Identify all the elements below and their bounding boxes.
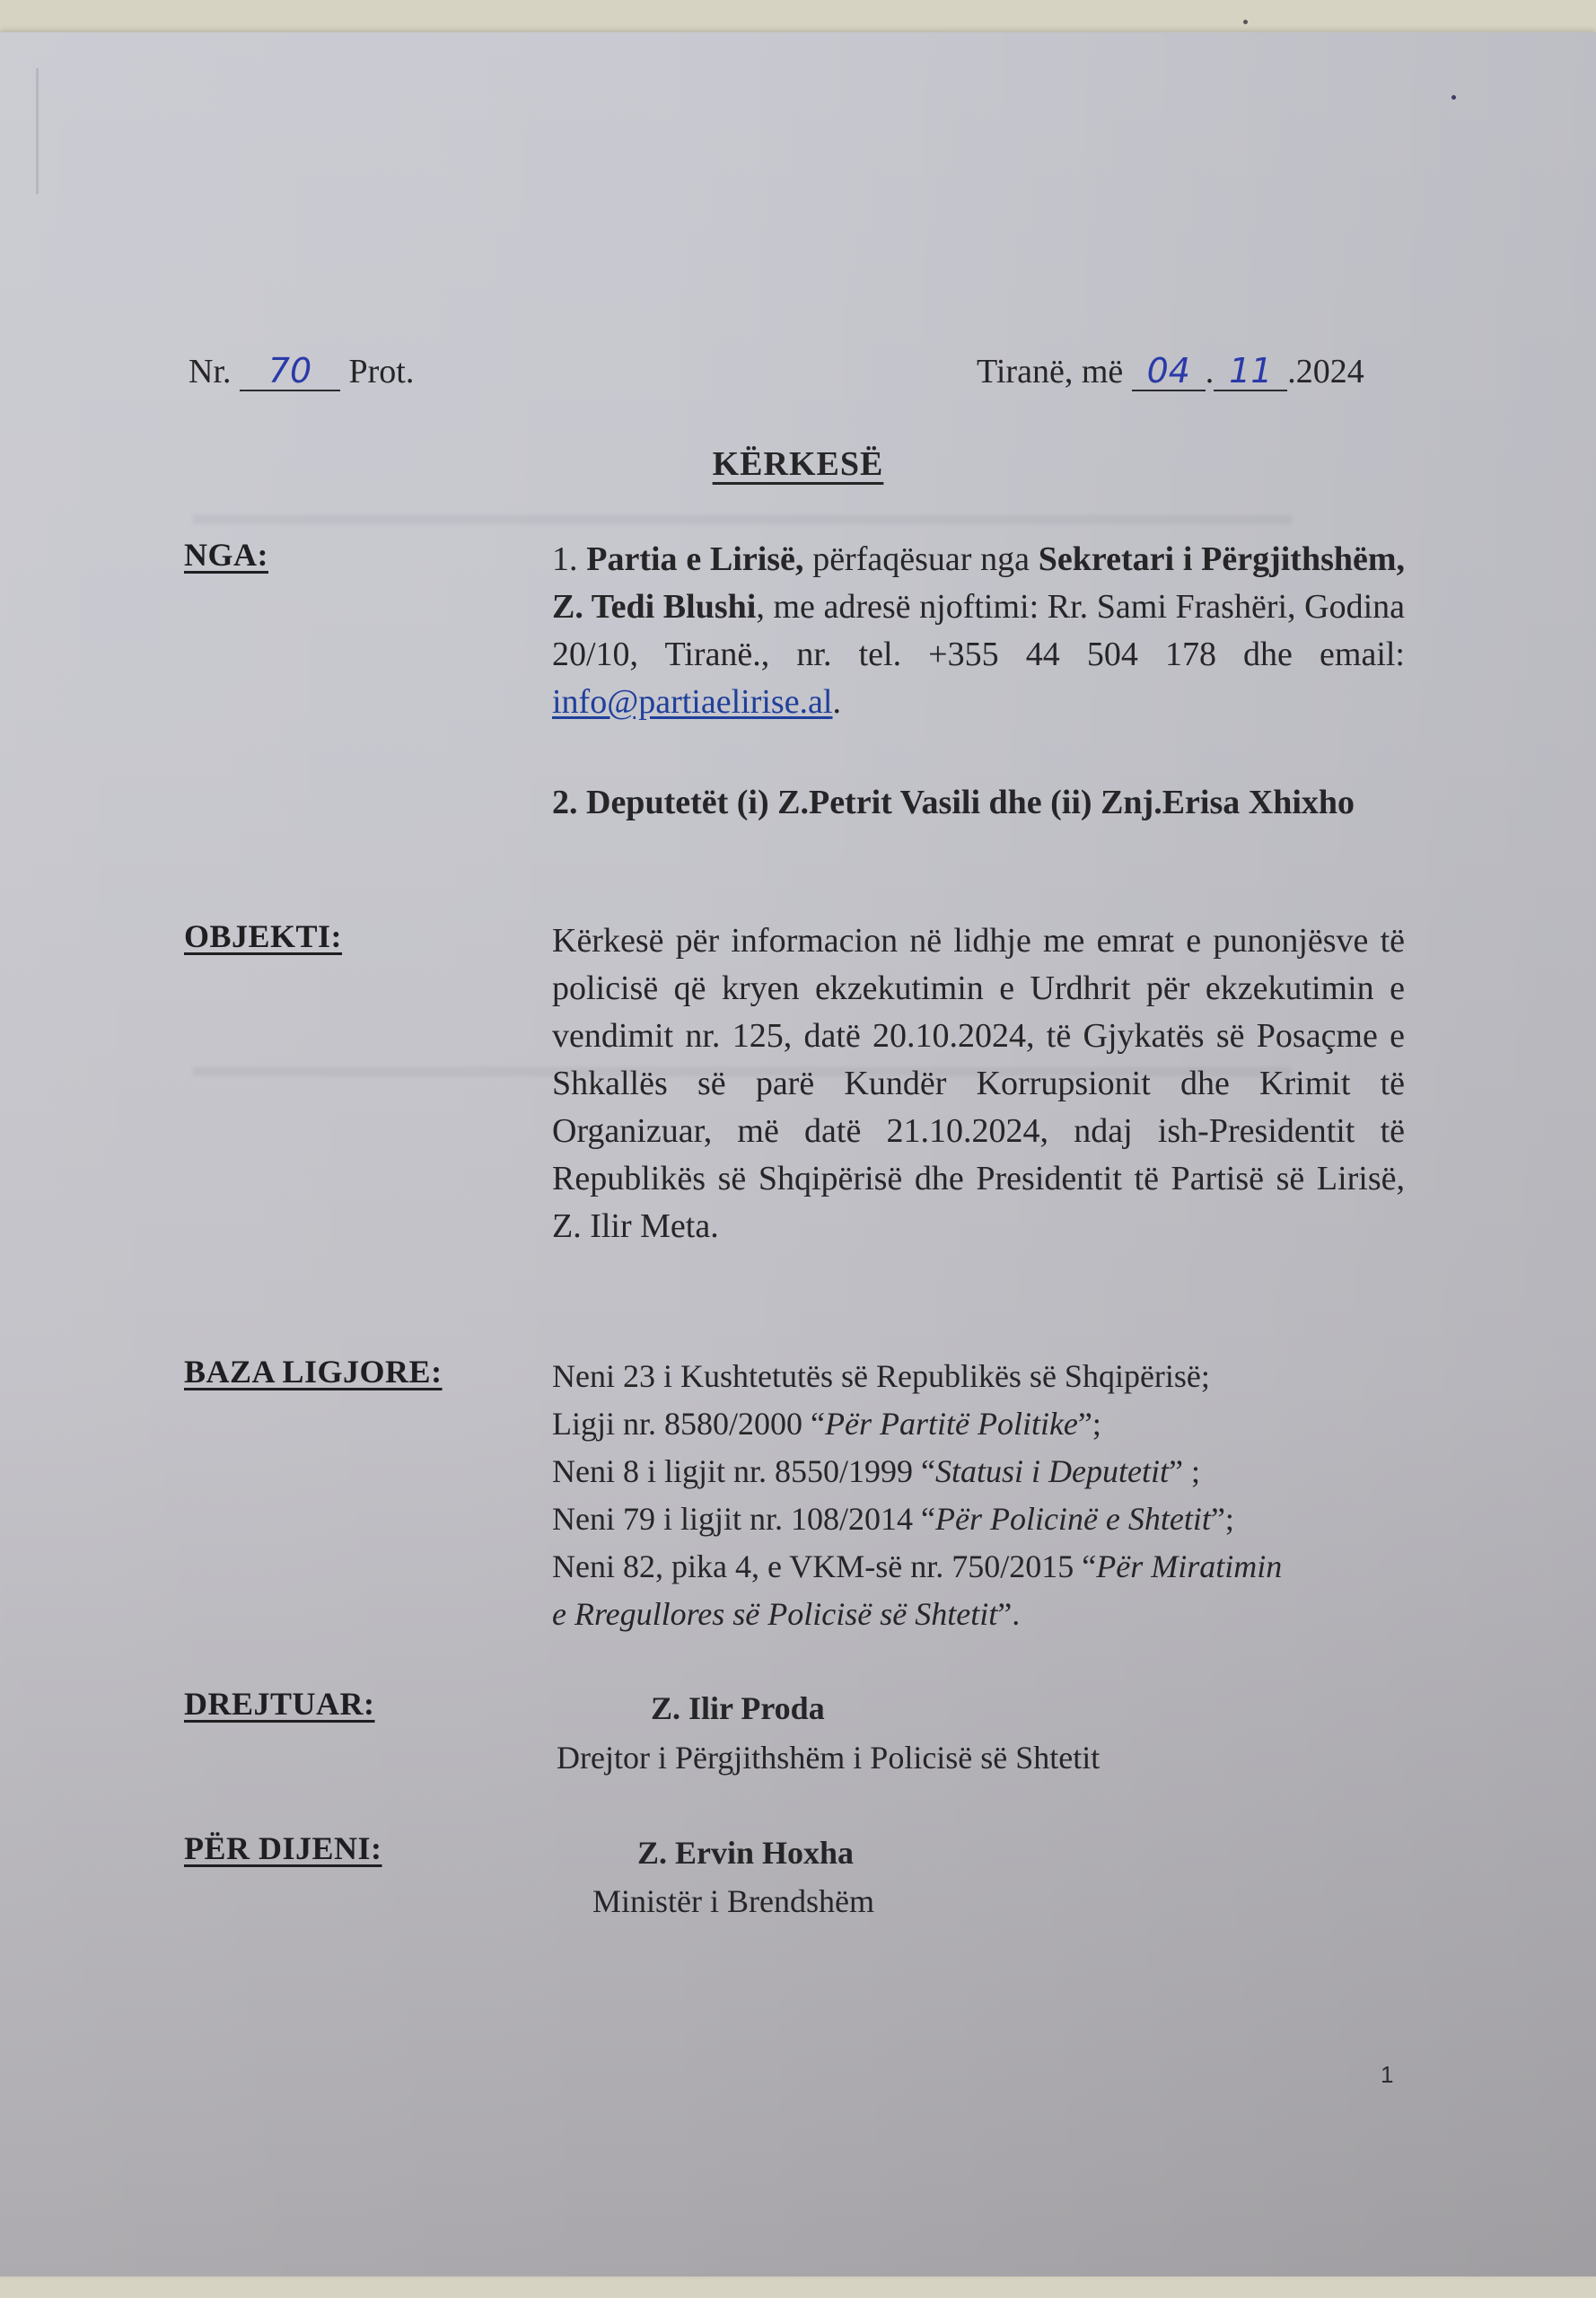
nga-item-2: 2. Deputetët (i) Z.Petrit Vasili dhe (ii…: [552, 779, 1405, 827]
period: .: [832, 683, 841, 721]
document-title: KËRKESË: [0, 444, 1596, 484]
paper-crease: [36, 68, 39, 194]
date-separator: .: [1206, 353, 1215, 390]
recipient-title: Drejtor i Përgjithshëm i Policisë së Sht…: [557, 1734, 1100, 1782]
legal-basis-list: Neni 23 i Kushtetutës së Republikës së S…: [552, 1353, 1282, 1638]
item-number: 1.: [552, 540, 578, 578]
nr-field: 70: [240, 353, 340, 391]
place-date: Tiranë, më 04.11.2024: [977, 348, 1364, 396]
cc-name: Z. Ervin Hoxha: [637, 1829, 854, 1877]
date-year: .2024: [1287, 353, 1364, 390]
label-objekti: OBJEKTI:: [184, 917, 342, 955]
ink-speck: [1451, 95, 1456, 100]
page-number: 1: [1381, 2061, 1393, 2089]
cc-title: Ministër i Brendshëm: [592, 1878, 874, 1925]
ink-speck: [1243, 20, 1248, 24]
date-month-handwritten: 11: [1229, 351, 1272, 390]
label-drejtuar: DREJTUAR:: [184, 1685, 375, 1723]
label-nga: NGA:: [184, 536, 268, 574]
date-day-field: 04: [1132, 353, 1206, 391]
bleed-through-text: ▬▬▬▬▬▬▬▬▬▬▬▬▬▬▬▬▬▬▬▬▬▬▬▬▬▬▬▬▬▬▬▬▬▬▬▬: [193, 498, 1292, 532]
legal-basis-item: Neni 8 i ligjit nr. 8550/1999 “Statusi i…: [552, 1448, 1282, 1495]
legal-basis-item: e Rregullores së Policisë së Shtetit”.: [552, 1591, 1282, 1638]
nr-handwritten-value: 70: [268, 351, 311, 390]
objekti-text: Kërkesë për informacion në lidhje me emr…: [552, 917, 1405, 1250]
recipient-name: Z. Ilir Proda: [651, 1685, 825, 1732]
represented-by: përfaqësuar nga: [812, 540, 1030, 578]
nr-label: Nr.: [189, 353, 232, 390]
party-name: Partia e Lirisë,: [586, 540, 803, 578]
legal-basis-item: Neni 82, pika 4, e VKM-së nr. 750/2015 “…: [552, 1543, 1282, 1591]
nga-item-1: 1. Partia e Lirisë, përfaqësuar nga Sekr…: [552, 536, 1405, 726]
legal-basis-item: Ligji nr. 8580/2000 “Për Partitë Politik…: [552, 1400, 1282, 1448]
label-per-dijeni: PËR DIJENI:: [184, 1829, 382, 1867]
date-month-field: 11: [1214, 353, 1287, 391]
place-label: Tiranë, më: [977, 353, 1123, 390]
legal-basis-item: Neni 79 i ligjit nr. 108/2014 “Për Polic…: [552, 1495, 1282, 1543]
prot-label: Prot.: [349, 353, 415, 390]
date-day-handwritten: 04: [1147, 351, 1190, 390]
protocol-number: Nr. 70 Prot.: [189, 348, 414, 396]
label-baza-ligjore: BAZA LIGJORE:: [184, 1353, 443, 1390]
legal-basis-item: Neni 23 i Kushtetutës së Republikës së S…: [552, 1353, 1282, 1400]
email-link[interactable]: info@partiaelirise.al: [552, 683, 832, 721]
